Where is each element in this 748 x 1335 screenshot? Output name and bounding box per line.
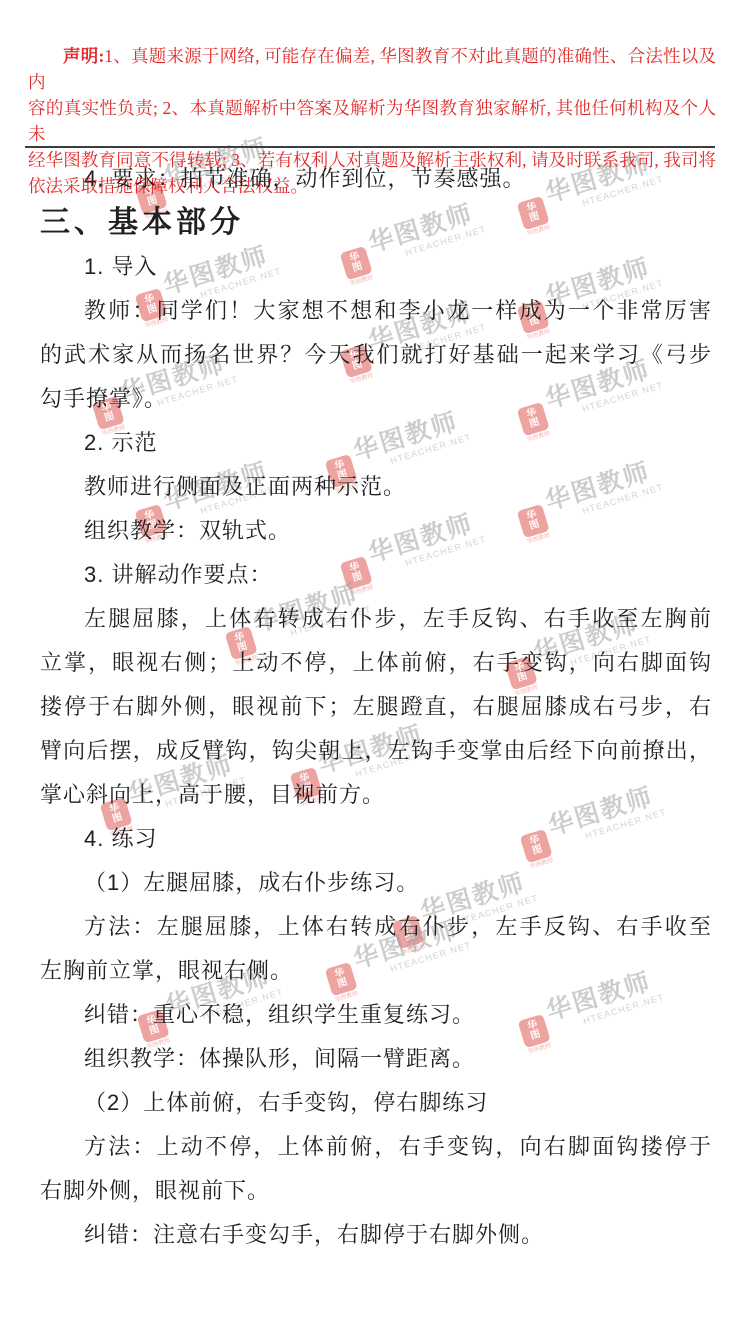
body-line: 组织教学：体操队形，间隔一臂距离。 [40,1037,712,1081]
disclaimer-line: 容的真实性负责; 2、本真题解析中答案及解析为华图教育独家解析, 其他任何机构及… [28,95,716,147]
body-line: 4. 练习 [40,817,712,861]
separator-line [25,146,715,148]
body-line: 纠错：重心不稳，组织学生重复练习。 [40,993,712,1037]
body-line: （2）上体前俯，右手变钩，停右脚练习 [40,1081,712,1125]
document-page: 华图华图教师华图教师HTEACHER.NET华图华图教师华图教师HTEACHER… [0,0,748,1335]
body-line: 4. 要求：拍节准确，动作到位，节奏感强。 [40,157,712,201]
body-line: 搂停于右脚外侧，眼视前下；左腿蹬直，右腿屈膝成右弓步，右 [40,685,712,729]
body-line: 3. 讲解动作要点： [40,553,712,597]
body-line: 1. 导入 [40,245,712,289]
body-line: 勾手撩掌》。 [40,377,712,421]
body-line: 立掌，眼视右侧；上动不停，上体前俯，右手变钩，向右脚面钩 [40,641,712,685]
disclaimer-text: 1、真题来源于网络, 可能存在偏差, 华图教育不对此真题的准确性、合法性以及内 [28,46,716,92]
body-line: （1）左腿屈膝，成右仆步练习。 [40,861,712,905]
lesson-plan-body: 4. 要求：拍节准确，动作到位，节奏感强。三、基本部分1. 导入教师：同学们！大… [40,157,712,1257]
body-line: 方法：上动不停，上体前俯，右手变钩，向右脚面钩搂停于 [40,1125,712,1169]
body-line: 右脚外侧，眼视前下。 [40,1169,712,1213]
body-line: 教师：同学们！大家想不想和李小龙一样成为一个非常厉害 [40,289,712,333]
disclaimer-label: 声明: [63,46,104,66]
body-line: 的武术家从而扬名世界？今天我们就打好基础一起来学习《弓步 [40,333,712,377]
body-line: 臂向后摆，成反臂钩，钩尖朝上，左钩手变掌由后经下向前撩出， [40,729,712,773]
body-line: 2. 示范 [40,421,712,465]
body-line: 教师进行侧面及正面两种示范。 [40,465,712,509]
body-line: 组织教学：双轨式。 [40,509,712,553]
disclaimer-line: 声明:1、真题来源于网络, 可能存在偏差, 华图教育不对此真题的准确性、合法性以… [28,43,716,95]
body-line: 左腿屈膝，上体右转成右仆步，左手反钩、右手收至左胸前 [40,597,712,641]
body-line: 左胸前立掌，眼视右侧。 [40,949,712,993]
body-line: 纠错：注意右手变勾手，右脚停于右脚外侧。 [40,1213,712,1257]
section-heading: 三、基本部分 [40,201,712,245]
body-line: 方法：左腿屈膝，上体右转成右仆步，左手反钩、右手收至 [40,905,712,949]
body-line: 掌心斜向上，高于腰，目视前方。 [40,773,712,817]
